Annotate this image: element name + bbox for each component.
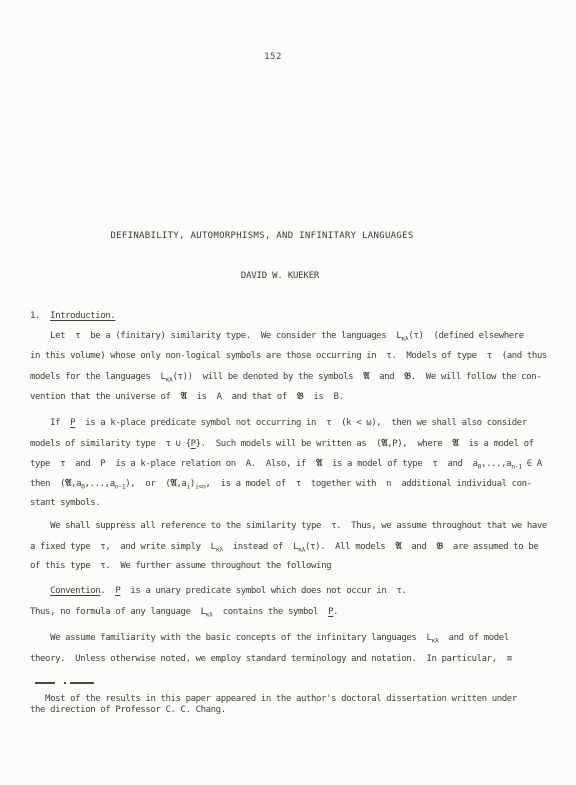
footnote-line-2: the direction of Professor C. C. Chang. — [30, 705, 226, 716]
paper-title: DEFINABILITY, AUTOMORPHISMS, AND INFINIT… — [110, 231, 413, 241]
paragraph-2-line-5: stant symbols. — [30, 498, 100, 509]
convention-line-1: Convention. P is a unary predicate symbo… — [30, 586, 406, 597]
paper-author: DAVID W. KUEKER — [241, 271, 319, 281]
paragraph-1-line-1: Let τ be a (finitary) similarity type. W… — [30, 331, 524, 345]
paragraph-1-line-2: in this volume) whose only non-logical s… — [30, 351, 547, 362]
footnote-rule-segment-2 — [70, 682, 94, 684]
section-heading: 1. Introduction. — [30, 311, 115, 322]
paragraph-5-line-1: We assume familiarity with the basic con… — [30, 633, 509, 647]
paragraph-2-line-1: If P is a k-place predicate symbol not o… — [30, 418, 527, 429]
footnote-rule-dot — [64, 682, 66, 684]
paragraph-1-line-3: models for the languages Lκλ(τ)) will be… — [30, 371, 541, 386]
footnote-rule-segment-1 — [35, 682, 55, 684]
paragraph-3-line-3: of this type τ. We further assume throug… — [30, 561, 331, 572]
page-number: 152 — [264, 52, 282, 62]
paragraph-5-line-2: theory. Unless otherwise noted, we emplo… — [30, 654, 512, 665]
document-page: 152 DEFINABILITY, AUTOMORPHISMS, AND INF… — [0, 0, 576, 785]
paragraph-3-line-2: a fixed type τ, and write simply Lκλ ins… — [30, 541, 538, 556]
paragraph-2-line-3: type τ and P is a k-place relation on A.… — [30, 458, 542, 473]
paragraph-3-line-1: We shall suppress all reference to the s… — [30, 521, 547, 532]
footnote-line-1: Most of the results in this paper appear… — [30, 694, 517, 705]
convention-line-2: Thus, no formula of any language Lκλ con… — [30, 607, 338, 621]
paragraph-2-line-4: then (𝔄,a0,...,an-1), or (𝔄,ai)i<n, is a… — [30, 478, 532, 493]
paragraph-1-line-4: vention that the universe of 𝔄 is A and … — [30, 391, 344, 403]
paragraph-2-line-2: models of similarity type τ ∪ {P}. Such … — [30, 438, 534, 450]
